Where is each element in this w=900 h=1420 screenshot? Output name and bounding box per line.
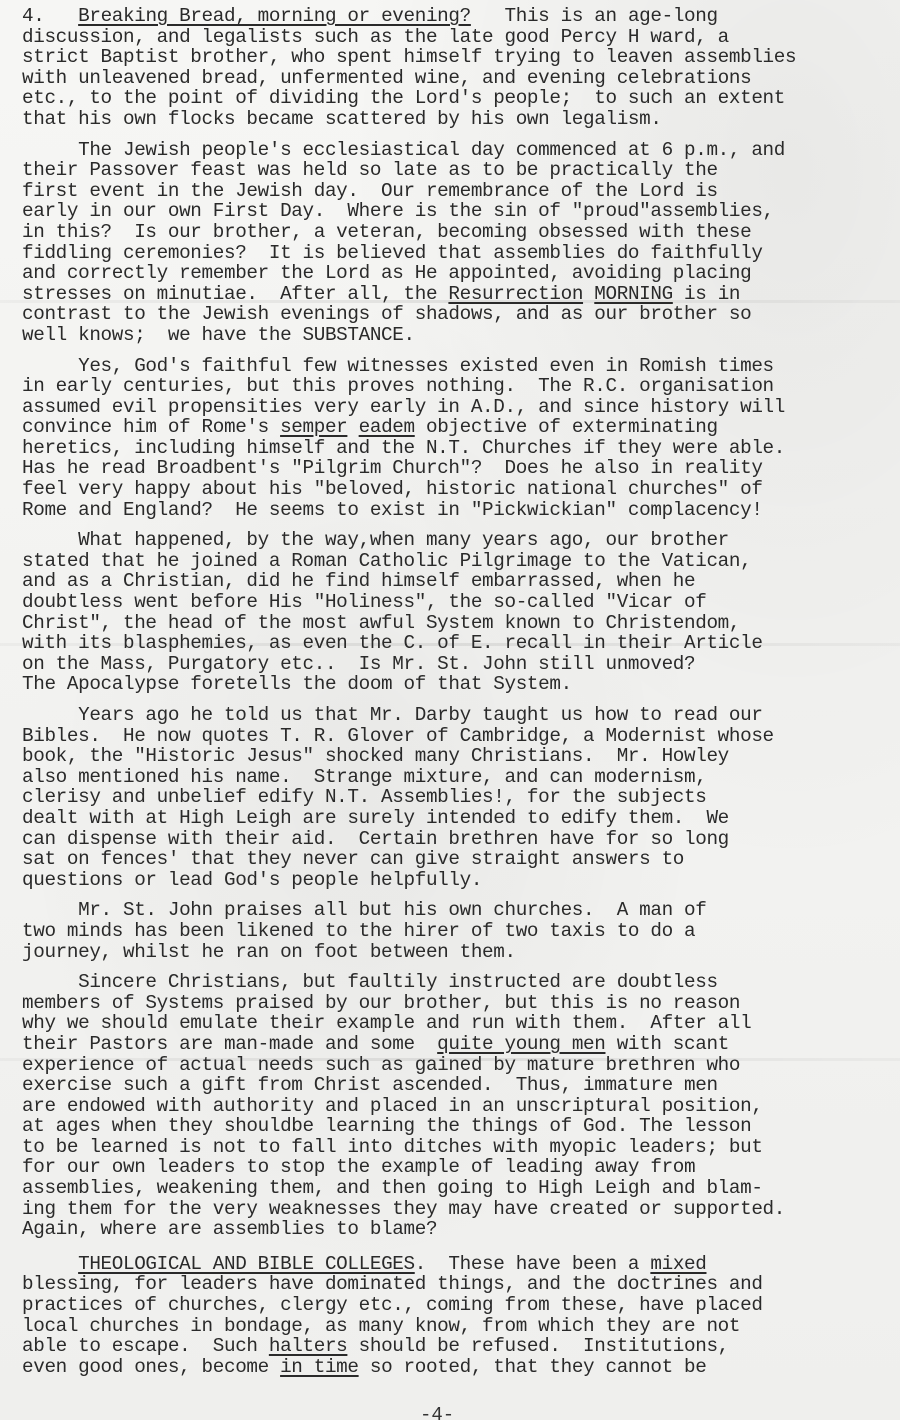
text-line: ing them for the very weaknesses they ma… [22, 1199, 892, 1220]
text-line: Yes, God's faithful few witnesses existe… [22, 356, 892, 377]
text-line: two minds has been likened to the hirer … [22, 921, 892, 942]
text-line: What happened, by the way,when many year… [22, 530, 892, 551]
text-fragment: their Pastors are man-made and some [22, 1033, 437, 1055]
text-line: in this? Is our brother, a veteran, beco… [22, 222, 892, 243]
text-line: This is an age-long [471, 5, 718, 27]
text-line: for our own leaders to stop the example … [22, 1157, 892, 1178]
paragraph: Yes, God's faithful few witnesses existe… [22, 356, 892, 521]
text-line: fiddling ceremonies? It is believed that… [22, 243, 892, 264]
subsection-heading: THEOLOGICAL AND BIBLE COLLEGES [78, 1253, 415, 1275]
text-line: exercise such a gift from Christ ascende… [22, 1075, 892, 1096]
paragraph: The Jewish people's ecclesiastical day c… [22, 140, 892, 346]
text-line: that his own flocks became scattered by … [22, 109, 892, 130]
text-line: to be learned is not to fall into ditche… [22, 1137, 892, 1158]
text-line: assumed evil propensities very early in … [22, 397, 892, 418]
text-line: their Passover feast was held so late as… [22, 160, 892, 181]
text-line: Again, where are assemblies to blame? [22, 1219, 892, 1240]
text-line: heretics, including himself and the N.T.… [22, 438, 892, 459]
section-heading: Breaking Bread, morning or evening? [78, 5, 471, 27]
underlined-word: Resurrection [448, 283, 583, 305]
paragraph: Mr. St. John praises all but his own chu… [22, 900, 892, 962]
text-line: contrast to the Jewish evenings of shado… [22, 304, 892, 325]
text-fragment: so rooted, that they cannot be [359, 1356, 707, 1378]
text-line: dealt with at High Leigh are surely inte… [22, 808, 892, 829]
text-line: stated that he joined a Roman Catholic P… [22, 551, 892, 572]
text-line: strict Baptist brother, who spent himsel… [22, 47, 892, 68]
text-line: and correctly remember the Lord as He ap… [22, 263, 892, 284]
text-fragment: . These have been a [415, 1253, 651, 1275]
text-line: clerisy and unbelief edify N.T. Assembli… [22, 787, 892, 808]
text-line: well knows; we have the SUBSTANCE. [22, 325, 892, 346]
paragraph: THEOLOGICAL AND BIBLE COLLEGES. These ha… [22, 1254, 892, 1378]
underlined-word: in time [280, 1356, 359, 1378]
document-body: 4. Breaking Bread, morning or evening? T… [22, 6, 892, 1377]
text-line: Sincere Christians, but faultily instruc… [22, 972, 892, 993]
paragraph: Sincere Christians, but faultily instruc… [22, 972, 892, 1240]
text-line: also mentioned his name. Strange mixture… [22, 767, 892, 788]
underlined-word: MORNING [594, 283, 673, 305]
text-line: THEOLOGICAL AND BIBLE COLLEGES. These ha… [22, 1254, 892, 1275]
text-line: discussion, and legalists such as the la… [22, 27, 892, 48]
underlined-word: semper [280, 416, 347, 438]
text-line: at ages when they shouldbe learning the … [22, 1116, 892, 1137]
text-line: assemblies, weakening them, and then goi… [22, 1178, 892, 1199]
text-line: able to escape. Such halters should be r… [22, 1336, 892, 1357]
text-line: are endowed with authority and placed in… [22, 1096, 892, 1117]
text-line: Years ago he told us that Mr. Darby taug… [22, 705, 892, 726]
text-line: Christ", the head of the most awful Syst… [22, 613, 892, 634]
text-line: feel very happy about his "beloved, hist… [22, 479, 892, 500]
text-line: blessing, for leaders have dominated thi… [22, 1274, 892, 1295]
text-fragment: able to escape. Such [22, 1335, 269, 1357]
text-line: experience of actual needs such as gaine… [22, 1055, 892, 1076]
text-line: practices of churches, clergy etc., comi… [22, 1295, 892, 1316]
text-line: book, the "Historic Jesus" shocked many … [22, 746, 892, 767]
text-line: etc., to the point of dividing the Lord'… [22, 88, 892, 109]
text-line: stresses on minutiae. After all, the Res… [22, 284, 892, 305]
paragraph: Years ago he told us that Mr. Darby taug… [22, 705, 892, 890]
text-line: Has he read Broadbent's "Pilgrim Church"… [22, 458, 892, 479]
text-line: with unleavened bread, unfermented wine,… [22, 68, 892, 89]
text-fragment: objective of exterminating [415, 416, 718, 438]
underlined-word: halters [269, 1335, 348, 1357]
text-fragment: convince him of Rome's [22, 416, 280, 438]
text-line: can dispense with their aid. Certain bre… [22, 829, 892, 850]
text-fragment: should be refused. Institutions, [347, 1335, 729, 1357]
text-line: local churches in bondage, as many know,… [22, 1316, 892, 1337]
text-line: early in our own First Day. Where is the… [22, 201, 892, 222]
paragraph: 4. Breaking Bread, morning or evening? T… [22, 6, 892, 130]
text-line: doubtless went before His "Holiness", th… [22, 592, 892, 613]
section-number: 4. [22, 5, 44, 27]
text-line: members of Systems praised by our brothe… [22, 993, 892, 1014]
underlined-word: eadem [359, 416, 415, 438]
text-line: even good ones, become in time so rooted… [22, 1357, 892, 1378]
text-fragment: stresses on minutiae. After all, the [22, 283, 448, 305]
text-line: The Apocalypse foretells the doom of tha… [22, 674, 892, 695]
text-line: Rome and England? He seems to exist in "… [22, 500, 892, 521]
text-line: questions or lead God's people helpfully… [22, 870, 892, 891]
text-line: their Pastors are man-made and some quit… [22, 1034, 892, 1055]
text-line: convince him of Rome's semper eadem obje… [22, 417, 892, 438]
text-fragment: even good ones, become [22, 1356, 280, 1378]
text-line: Bibles. He now quotes T. R. Glover of Ca… [22, 726, 892, 747]
paragraph: What happened, by the way,when many year… [22, 530, 892, 695]
text-line: first event in the Jewish day. Our remem… [22, 181, 892, 202]
text-line: The Jewish people's ecclesiastical day c… [22, 140, 892, 161]
text-line: sat on fences' that they never can give … [22, 849, 892, 870]
text-fragment: with scant [605, 1033, 728, 1055]
text-line: journey, whilst he ran on foot between t… [22, 942, 892, 963]
text-line: with its blasphemies, as even the C. of … [22, 633, 892, 654]
text-fragment: is in [673, 283, 740, 305]
text-line: on the Mass, Purgatory etc.. Is Mr. St. … [22, 654, 892, 675]
scanned-page: 4. Breaking Bread, morning or evening? T… [0, 0, 900, 1420]
text-line: and as a Christian, did he find himself … [22, 571, 892, 592]
underlined-phrase: quite young men [437, 1033, 605, 1055]
text-line: Mr. St. John praises all but his own chu… [22, 900, 892, 921]
underlined-word: mixed [650, 1253, 706, 1275]
text-line: why we should emulate their example and … [22, 1013, 892, 1034]
text-line: in early centuries, but this proves noth… [22, 376, 892, 397]
page-number: -4- [420, 1404, 454, 1420]
